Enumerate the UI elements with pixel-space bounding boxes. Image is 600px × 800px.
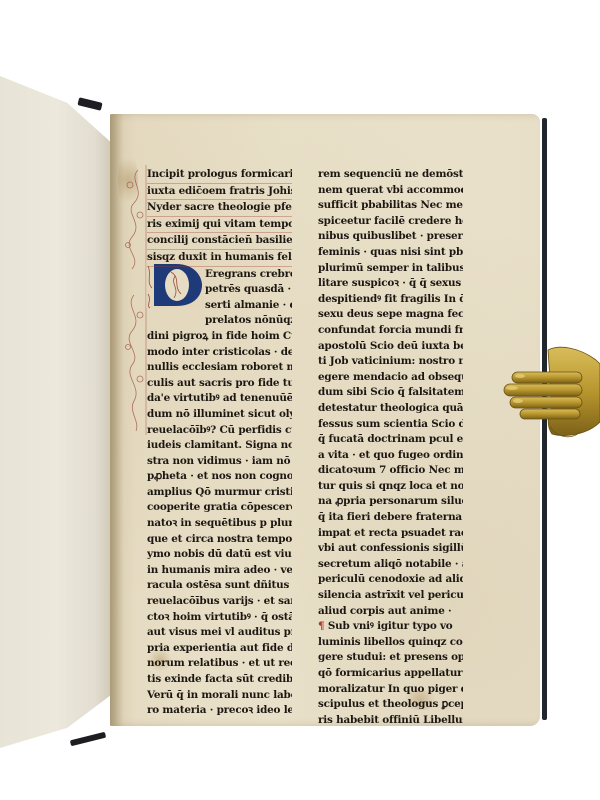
text-line: despitiendꝰ fit fragilis In q̄ bbox=[318, 292, 463, 308]
text-line: nem querat vbi accommoda bbox=[318, 183, 463, 199]
text-line: natoꝛ in sequētibus p plura q̄ bbox=[147, 516, 292, 532]
text-line: moralizatur In quo piger di bbox=[318, 682, 463, 698]
text-line: in humanis mira adeo · vel mi bbox=[147, 563, 292, 579]
text-line: dum sibi Scio q̄ falsitatem bbox=[318, 385, 463, 401]
paragraph-mark: ¶ bbox=[318, 620, 324, 632]
text-line: ris habebit offiniū Libellus bbox=[318, 713, 463, 729]
text-line: impat et recta psuadet racio bbox=[318, 526, 463, 542]
text-line: feminis · quas nisi sint pbate bbox=[318, 245, 463, 261]
text-line: q̄ ita fieri debere fraterna caritas bbox=[318, 510, 463, 526]
text-line: secretum aliqō notabile · aut bbox=[318, 557, 463, 573]
cover-top-edge bbox=[77, 97, 102, 111]
text-line: da'e virtutibꝰ ad tenenuūē bbox=[147, 391, 292, 407]
text-line: scipulus et theologus ꝑcepto bbox=[318, 697, 463, 713]
text-line: ti Job vaticinium: nostro nō bbox=[318, 354, 463, 370]
text-line: egere mendacio ad obseque bbox=[318, 370, 463, 386]
text-line: racula ostēsa sunt dñitus · cū bbox=[147, 578, 292, 594]
text-line: aliud corpis aut anime · bbox=[318, 604, 463, 620]
text-line: dini pigroꝝ in fide hoim Cur bbox=[147, 329, 292, 345]
text-line: confundat forcia mundi fm bbox=[318, 323, 463, 339]
text-line: sufficit pbabilitas Nec me su bbox=[318, 198, 463, 214]
text-line: stra non vidimus · iam nō est bbox=[147, 454, 292, 470]
text-line: ¶ Sub vniꝰ igitur typo vo bbox=[318, 619, 463, 635]
text-line: concilij constācien̄ basilien̄ bbox=[147, 233, 292, 250]
text-line: sisqz duxit in humanis felicit bbox=[147, 250, 292, 267]
text-line: q̄ fucatā doctrinam pcul esse bbox=[318, 432, 463, 448]
text-line: Incipit prologus formicarij bbox=[147, 167, 292, 184]
text-line: reuelacōībus varijs · et san bbox=[147, 594, 292, 610]
text-line: reuelacōībꝰ? Cū perfidis cū bbox=[147, 423, 292, 439]
text-line: petrēs quasdā · pre bbox=[147, 282, 292, 298]
text-line: pꝓheta · et nos non cognoscꝫ bbox=[147, 469, 292, 485]
text-line: vbi aut confessionis sigillū · ā bbox=[318, 541, 463, 557]
text-line: litare suspicoꝛ · q̄ q̄ sexus non bbox=[318, 276, 463, 292]
text-line: serti almanie · que bbox=[147, 298, 292, 314]
text-line: sexu deus sepe magna fecit ut bbox=[318, 307, 463, 323]
text-line: cooperite gratia cōpescere co bbox=[147, 500, 292, 516]
text-line: Verū q̄ in morali nunc labo bbox=[147, 688, 292, 704]
text-line: iudeis clamitant. Signa no bbox=[147, 438, 292, 454]
text-line: ro materia · precoꝛ ideo lecto bbox=[147, 703, 292, 719]
text-line: nibus quibuslibet · presertim bbox=[318, 229, 463, 245]
text-line: tis exinde facta sūt credibilia bbox=[147, 672, 292, 688]
text-line: que et circa nostra tempora · bbox=[147, 532, 292, 548]
text-span: Sub vniꝰ igitur typo vo bbox=[328, 620, 453, 632]
text-line: tur quis si qnqz loca et nomi bbox=[318, 479, 463, 495]
blank-verso-leaf bbox=[0, 76, 112, 748]
text-line: prelatos nōnūqz au bbox=[147, 313, 292, 329]
text-line: spiceetur facilē credere homi bbox=[318, 214, 463, 230]
text-line: iuxta edic̄oem fratris Johis bbox=[147, 184, 292, 201]
text-line: rem sequenciū ne demōstratio bbox=[318, 167, 463, 183]
text-line: ymo nobis dū datū est viuē bbox=[147, 547, 292, 563]
text-line: periculū cenodoxie ad aliqua bbox=[318, 572, 463, 588]
text-line: apostolū Scio deū iuxta bea bbox=[318, 339, 463, 355]
text-line: Nyder sacre theologie pfesso- bbox=[147, 200, 292, 217]
text-column-right: rem sequenciū ne demōstratio nem querat … bbox=[318, 167, 463, 728]
text-line: amplius Qō murmur cristi bbox=[147, 485, 292, 501]
text-line: detestatur theologica quā p bbox=[318, 401, 463, 417]
text-line: dicatoꝛum 7 officio Nec mire bbox=[318, 463, 463, 479]
text-line: qō formicarius appellatur · bbox=[318, 666, 463, 682]
text-line: ctoꝛ hoim virtutibꝰ · q̄ ostāt bbox=[147, 610, 292, 626]
text-line: a vita · et quo fugeo ordine p bbox=[318, 448, 463, 464]
text-line: aut visus mei vl auditus pro bbox=[147, 625, 292, 641]
cover-bottom-edge bbox=[70, 732, 106, 747]
brass-hand-icon bbox=[500, 342, 600, 442]
text-line: norum relatibus · et ut reoc sa bbox=[147, 656, 292, 672]
text-line: ris eximij qui vitam tempore bbox=[147, 217, 292, 234]
text-line: plurimū semper in talibus de bbox=[318, 261, 463, 277]
text-line: pria experientia aut fide dig bbox=[147, 641, 292, 657]
text-line: dum nō illuminet sicut olym bbox=[147, 407, 292, 423]
text-line: modo inter cristicolas · deus bbox=[147, 345, 292, 361]
text-line: fessus sum scientia Scio demū bbox=[318, 417, 463, 433]
text-line: gere studui: et presens opus bbox=[318, 650, 463, 666]
text-line: luminis libellos quinqz colli bbox=[318, 635, 463, 651]
text-line: na ꝓpria personarum siluero bbox=[318, 494, 463, 510]
book-photograph: Incipit prologus formicarij iuxta edic̄o… bbox=[0, 0, 600, 800]
text-line: culis aut sacris pro fide tuen bbox=[147, 376, 292, 392]
text-line: Eregrans crebro bbox=[147, 267, 292, 283]
text-line: silencia astrīxit vel periculū bbox=[318, 588, 463, 604]
text-column-left: Incipit prologus formicarij iuxta edic̄o… bbox=[147, 167, 292, 719]
text-line: nullis ecclesiam roboret mira bbox=[147, 360, 292, 376]
